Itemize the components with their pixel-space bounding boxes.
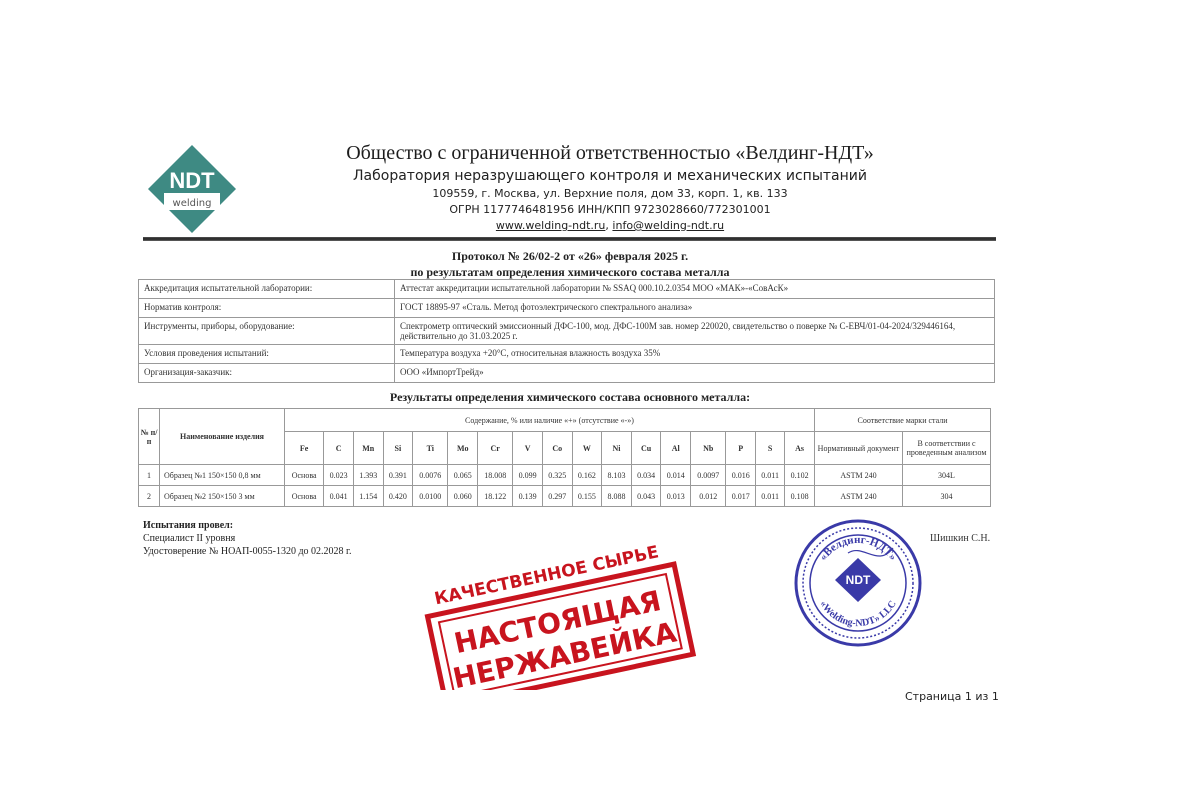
svg-text:welding: welding — [173, 198, 212, 209]
element-header: As — [785, 432, 815, 465]
element-value: 0.034 — [631, 465, 661, 486]
info-value: Температура воздуха +20°С, относительная… — [395, 345, 995, 364]
company-ids: ОГРН 1177746481956 ИНН/КПП 9723028660/77… — [330, 202, 890, 218]
col-num: № п/п — [139, 409, 160, 465]
info-row: Инструменты, приборы, оборудование:Спект… — [139, 318, 995, 345]
signer-name: Шишкин С.Н. — [930, 533, 990, 544]
element-header: Cu — [631, 432, 661, 465]
info-value: Спектрометр оптический эмиссионный ДФС-1… — [395, 318, 995, 345]
element-value: 18.008 — [478, 465, 513, 486]
element-value: 0.139 — [513, 486, 543, 507]
element-value: 0.043 — [631, 486, 661, 507]
col-analysis: В соответствии с проведенным анализом — [903, 432, 991, 465]
element-header: Mn — [353, 432, 383, 465]
element-value: 0.023 — [324, 465, 354, 486]
steel-grade: 304 — [903, 486, 991, 507]
protocol-title: Протокол № 26/02-2 от «26» февраля 2025 … — [140, 248, 1000, 280]
element-value: 0.065 — [448, 465, 478, 486]
element-header: C — [324, 432, 354, 465]
results-title: Результаты определения химического соста… — [140, 390, 1000, 405]
ndt-welding-logo: NDT welding — [146, 143, 238, 235]
element-value: 8.103 — [602, 465, 632, 486]
element-value: 0.017 — [726, 486, 756, 507]
info-row: Аккредитация испытательной лаборатории:А… — [139, 280, 995, 299]
element-header: Ni — [602, 432, 632, 465]
element-header: P — [726, 432, 756, 465]
company-header: Общество с ограниченной ответственностыо… — [330, 140, 890, 234]
element-value: 0.325 — [542, 465, 572, 486]
element-value: 0.011 — [756, 465, 785, 486]
row-number: 2 — [139, 486, 160, 507]
element-value: 0.011 — [756, 486, 785, 507]
element-value: 1.154 — [353, 486, 383, 507]
info-row: Организация-заказчик:ООО «ИмпортТрейд» — [139, 364, 995, 383]
element-header: Fe — [285, 432, 324, 465]
company-links: www.welding-ndt.ru, info@welding-ndt.ru — [330, 218, 890, 234]
svg-text:NDT: NDT — [169, 168, 215, 193]
element-header: Mo — [448, 432, 478, 465]
element-value: 0.013 — [661, 486, 691, 507]
info-row: Условия проведения испытаний:Температура… — [139, 345, 995, 364]
element-value: 0.162 — [572, 465, 602, 486]
element-header: Ti — [413, 432, 448, 465]
info-key: Инструменты, приборы, оборудование: — [139, 318, 395, 345]
company-address: 109559, г. Москва, ул. Верхние поля, дом… — [330, 186, 890, 202]
info-value: ООО «ИмпортТрейд» — [395, 364, 995, 383]
element-header: Al — [661, 432, 691, 465]
element-value: Основа — [285, 465, 324, 486]
element-value: 0.041 — [324, 486, 354, 507]
element-value: 0.099 — [513, 465, 543, 486]
col-doc: Нормативный документ — [815, 432, 903, 465]
element-value: 0.420 — [383, 486, 413, 507]
col-match: Соответствие марки стали — [815, 409, 991, 432]
element-header: Cr — [478, 432, 513, 465]
element-value: Основа — [285, 486, 324, 507]
results-table: № п/п Наименование изделия Содержание, %… — [138, 408, 991, 507]
tester-cert: Удостоверение № НОАП-0055-1320 до 02.202… — [143, 545, 352, 558]
element-header: Si — [383, 432, 413, 465]
info-row: Норматив контроля:ГОСТ 18895-97 «Сталь. … — [139, 299, 995, 318]
company-name: Общество с ограниченной ответственностыо… — [330, 140, 890, 166]
page-number: Страница 1 из 1 — [905, 690, 999, 703]
element-value: 0.297 — [542, 486, 572, 507]
row-number: 1 — [139, 465, 160, 486]
standard-doc: ASTM 240 — [815, 486, 903, 507]
element-header: W — [572, 432, 602, 465]
element-value: 0.016 — [726, 465, 756, 486]
info-value: ГОСТ 18895-97 «Сталь. Метод фотоэлектрич… — [395, 299, 995, 318]
info-table: Аккредитация испытательной лаборатории:А… — [138, 279, 995, 383]
svg-text:«Welding-NDT» LLC: «Welding-NDT» LLC — [817, 599, 898, 629]
tester-level: Специалист II уровня — [143, 532, 352, 545]
website-link[interactable]: www.welding-ndt.ru — [496, 219, 606, 232]
element-value: 0.0097 — [691, 465, 726, 486]
tester-heading: Испытания провел: — [143, 519, 352, 532]
result-row: 2Образец №2 150×150 3 ммОснова0.0411.154… — [139, 486, 991, 507]
quality-stamp: КАЧЕСТВЕННОЕ СЫРЬЕ НАСТОЯЩАЯ НЕРЖАВЕЙКА — [410, 540, 700, 690]
sample-name: Образец №1 150×150 0,8 мм — [160, 465, 285, 486]
element-value: 1.393 — [353, 465, 383, 486]
element-value: 0.0100 — [413, 486, 448, 507]
element-value: 0.0076 — [413, 465, 448, 486]
element-value: 0.391 — [383, 465, 413, 486]
lab-name: Лаборатория неразрушающего контроля и ме… — [330, 166, 890, 186]
element-value: 0.102 — [785, 465, 815, 486]
col-content: Содержание, % или наличие «+» (отсутстви… — [285, 409, 815, 432]
element-header: Co — [542, 432, 572, 465]
steel-grade: 304L — [903, 465, 991, 486]
header-divider — [143, 237, 996, 241]
info-value: Аттестат аккредитации испытательной лабо… — [395, 280, 995, 299]
element-value: 0.014 — [661, 465, 691, 486]
info-key: Аккредитация испытательной лаборатории: — [139, 280, 395, 299]
element-value: 0.060 — [448, 486, 478, 507]
email-link[interactable]: info@welding-ndt.ru — [612, 219, 724, 232]
sample-name: Образец №2 150×150 3 мм — [160, 486, 285, 507]
element-value: 18.122 — [478, 486, 513, 507]
info-key: Условия проведения испытаний: — [139, 345, 395, 364]
element-value: 0.155 — [572, 486, 602, 507]
element-header: Nb — [691, 432, 726, 465]
tester-block: Испытания провел: Специалист II уровня У… — [143, 519, 352, 558]
element-value: 8.088 — [602, 486, 632, 507]
element-header: V — [513, 432, 543, 465]
col-name: Наименование изделия — [160, 409, 285, 465]
company-seal: «Велдинг-НДТ» «Welding-NDT» LLC NDT — [793, 518, 923, 648]
standard-doc: ASTM 240 — [815, 465, 903, 486]
element-value: 0.108 — [785, 486, 815, 507]
element-value: 0.012 — [691, 486, 726, 507]
element-header: S — [756, 432, 785, 465]
info-key: Организация-заказчик: — [139, 364, 395, 383]
info-key: Норматив контроля: — [139, 299, 395, 318]
svg-text:NDT: NDT — [846, 573, 871, 587]
result-row: 1Образец №1 150×150 0,8 ммОснова0.0231.3… — [139, 465, 991, 486]
